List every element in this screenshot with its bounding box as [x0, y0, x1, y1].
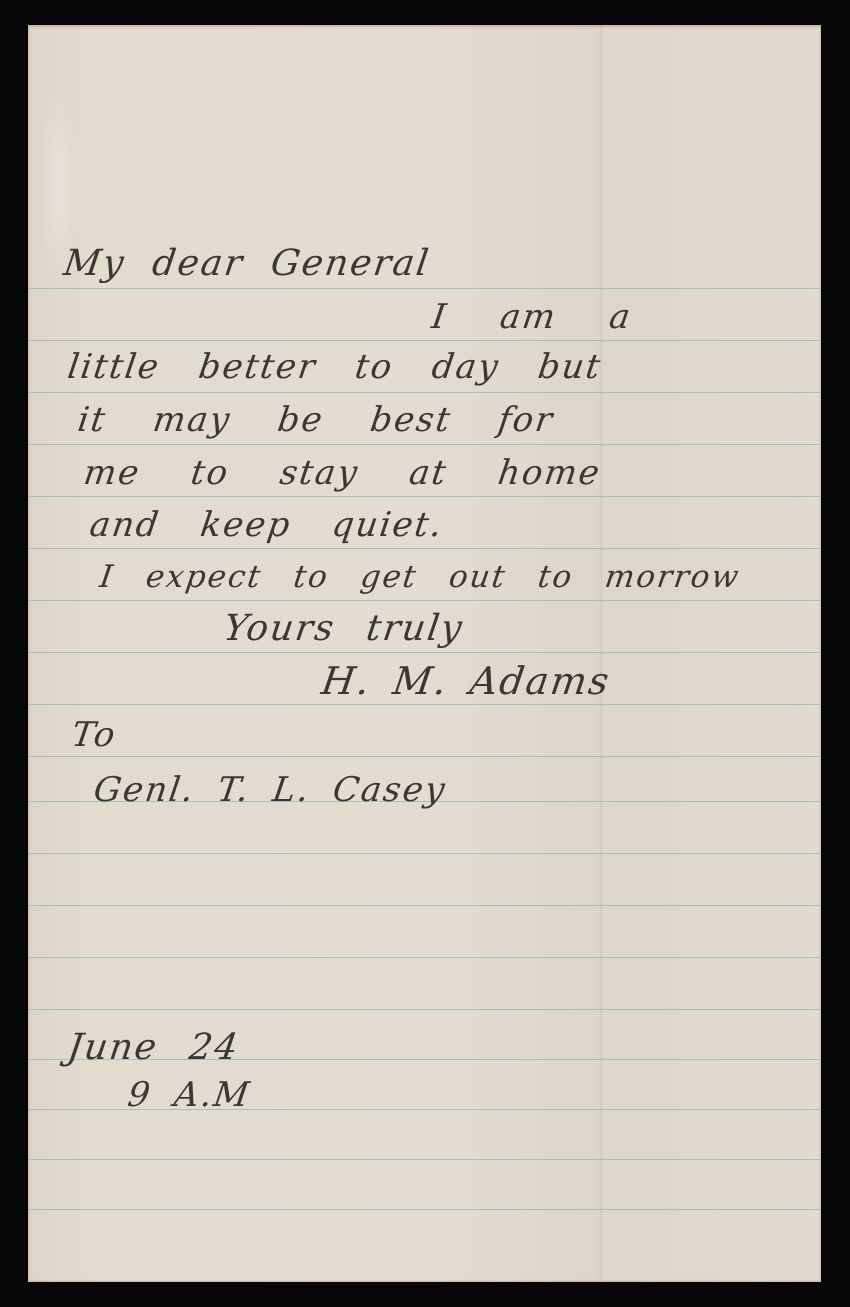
ruled-line [28, 1159, 821, 1160]
ruled-line [28, 496, 821, 497]
to-label: To [69, 715, 119, 755]
recipient: Genl. T. L. Casey [91, 770, 449, 810]
salutation: My dear General [61, 243, 433, 284]
ruled-line [28, 905, 821, 906]
body-line: it may be best for [75, 400, 556, 440]
body-line: I expect to get out to morrow [97, 559, 742, 595]
body-line: and keep quiet. [87, 505, 446, 545]
letter-paper: My dear General I am a little better to … [28, 25, 821, 1282]
ruled-line [28, 444, 821, 445]
ruled-line [28, 548, 821, 549]
ruled-line [28, 340, 821, 341]
body-line: I am a [429, 297, 634, 337]
ruled-line [28, 652, 821, 653]
ruled-line [28, 1009, 821, 1010]
paper-fold [598, 25, 604, 1282]
ruled-line [28, 288, 821, 289]
ruled-line [28, 704, 821, 705]
time: 9 A.M [125, 1075, 253, 1115]
closing: Yours truly [221, 608, 466, 649]
ruled-line [28, 1209, 821, 1210]
ruled-line [28, 392, 821, 393]
body-line: little better to day but [65, 347, 604, 387]
signature: H. M. Adams [319, 659, 614, 703]
ruled-line [28, 600, 821, 601]
date: June 24 [65, 1027, 242, 1068]
ruled-line [28, 957, 821, 958]
body-line: me to stay at home [81, 453, 604, 493]
ruled-line [28, 756, 821, 757]
ruled-line [28, 853, 821, 854]
